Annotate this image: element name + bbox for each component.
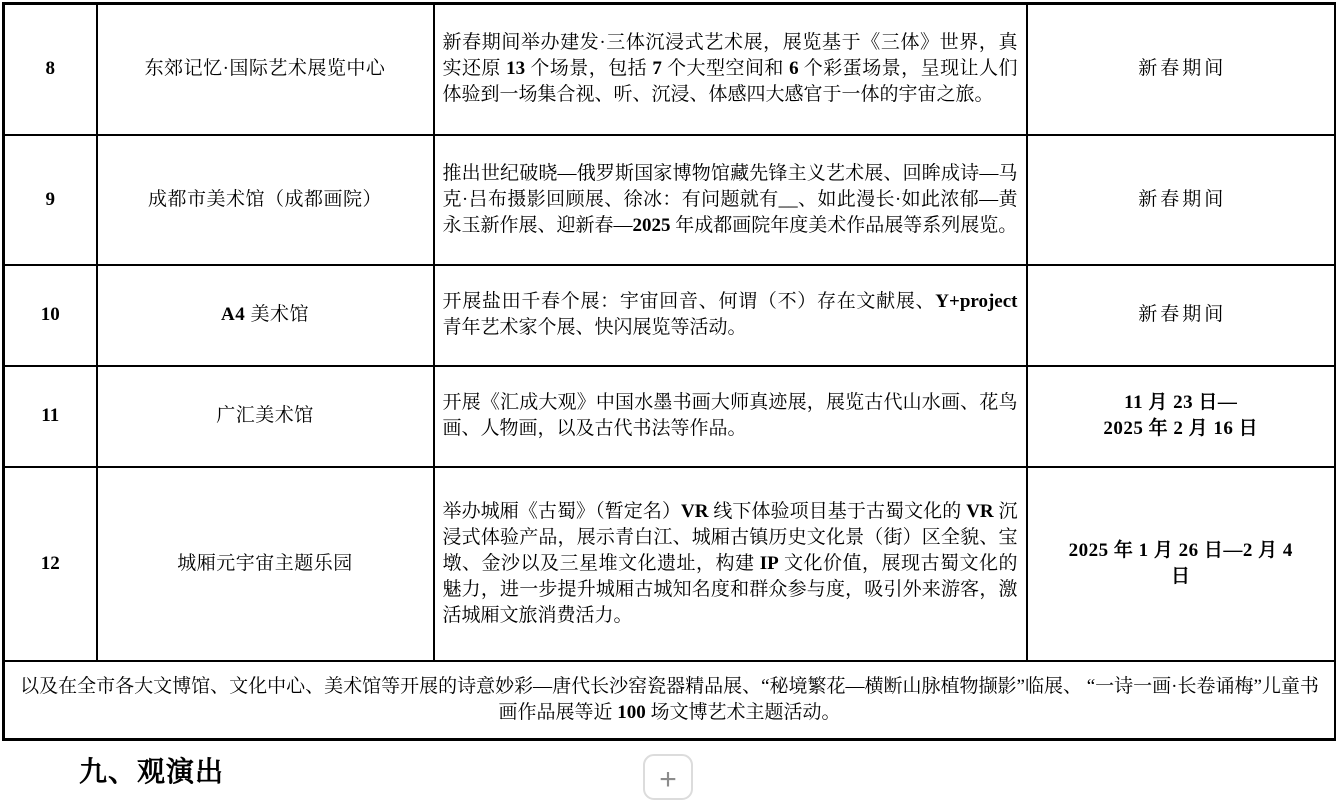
table-row: 8东郊记忆·国际艺术展览中心新春期间举办建发·三体沉浸式艺术展，展览基于《三体》…	[4, 4, 1336, 135]
description-cell: 新春期间举办建发·三体沉浸式艺术展，展览基于《三体》世界，真实还原 13 个场景…	[434, 4, 1027, 135]
plus-icon: +	[645, 765, 691, 794]
bold-text: Y+project	[935, 291, 1017, 312]
text: 场文博艺术主题活动。	[646, 702, 841, 723]
date-cell: 新春期间	[1027, 135, 1336, 265]
bold-text: VR	[966, 501, 993, 522]
description-cell: 推出世纪破晓—俄罗斯国家博物馆藏先锋主义艺术展、回眸成诗—马克·吕布摄影回顾展、…	[434, 135, 1027, 265]
bold-text: 6	[789, 58, 799, 79]
date-cell: 新春期间	[1027, 265, 1336, 366]
document-page: 8东郊记忆·国际艺术展览中心新春期间举办建发·三体沉浸式艺术展，展览基于《三体》…	[2, 2, 1334, 790]
description-cell: 举办城厢《古蜀》（暂定名）VR 线下体验项目基于古蜀文化的 VR 沉浸式体验产品…	[434, 467, 1027, 661]
text: 美术馆	[250, 304, 309, 325]
text: 成都市美术馆（成都画院）	[148, 189, 382, 210]
exhibition-table-body: 8东郊记忆·国际艺术展览中心新春期间举办建发·三体沉浸式艺术展，展览基于《三体》…	[4, 4, 1336, 740]
row-number-cell: 12	[4, 467, 97, 661]
table-row: 10A4 美术馆开展盐田千春个展：宇宙回音、何谓（不）存在文献展、Y+proje…	[4, 265, 1336, 366]
row-number-cell: 10	[4, 265, 97, 366]
bold-text: A4	[221, 304, 250, 325]
description-cell: 开展《汇成大观》中国水墨书画大师真迹展，展览古代山水画、花鸟画、人物画，以及古代…	[434, 366, 1027, 467]
venue-name-cell: 城厢元宇宙主题乐园	[97, 467, 434, 661]
date-cell: 新春期间	[1027, 4, 1336, 135]
table-row: 12城厢元宇宙主题乐园举办城厢《古蜀》（暂定名）VR 线下体验项目基于古蜀文化的…	[4, 467, 1336, 661]
table-row: 9成都市美术馆（成都画院）推出世纪破晓—俄罗斯国家博物馆藏先锋主义艺术展、回眸成…	[4, 135, 1336, 265]
text: 个大型空间和	[662, 58, 789, 79]
exhibition-table: 8东郊记忆·国际艺术展览中心新春期间举办建发·三体沉浸式艺术展，展览基于《三体》…	[2, 2, 1336, 741]
date-line: 新春期间	[1138, 58, 1226, 79]
footer-note-cell: 以及在全市各大文博馆、文化中心、美术馆等开展的诗意妙彩—唐代长沙窑瓷器精品展、“…	[4, 661, 1336, 740]
table-row: 11广汇美术馆开展《汇成大观》中国水墨书画大师真迹展，展览古代山水画、花鸟画、人…	[4, 366, 1336, 467]
bold-text: 13	[506, 58, 525, 79]
bold-text: 2025	[633, 215, 671, 236]
text: 东郊记忆·国际艺术展览中心	[145, 58, 386, 79]
text: 个场景，包括	[525, 58, 652, 79]
add-block-button[interactable]: +	[643, 754, 693, 794]
venue-name-cell: 东郊记忆·国际艺术展览中心	[97, 4, 434, 135]
text: 开展盐田千春个展：宇宙回音、何谓（不）存在文献展、	[443, 291, 936, 312]
date-line: 2025 年 1 月 26 日—2 月 4	[1069, 540, 1293, 561]
description-cell: 开展盐田千春个展：宇宙回音、何谓（不）存在文献展、Y+project 青年艺术家…	[434, 265, 1027, 366]
bold-text: 7	[652, 58, 662, 79]
text: 线下体验项目基于古蜀文化的	[708, 501, 966, 522]
venue-name-cell: 成都市美术馆（成都画院）	[97, 135, 434, 265]
text: 城厢元宇宙主题乐园	[177, 553, 353, 574]
section-heading-performances: 九、观演出	[79, 750, 1334, 790]
table-footer-row: 以及在全市各大文博馆、文化中心、美术馆等开展的诗意妙彩—唐代长沙窑瓷器精品展、“…	[4, 661, 1336, 740]
bold-text: IP	[760, 553, 779, 574]
text: 年成都画院年度美术作品展等系列展览。	[671, 215, 1018, 236]
text: 开展《汇成大观》中国水墨书画大师真迹展，展览古代山水画、花鸟画、人物画，以及古代…	[443, 392, 1018, 439]
date-line: 11 月 23 日—	[1124, 392, 1237, 413]
venue-name-cell: 广汇美术馆	[97, 366, 434, 467]
row-number-cell: 9	[4, 135, 97, 265]
date-line: 新春期间	[1138, 304, 1226, 325]
date-line: 日	[1171, 566, 1191, 587]
text: 青年艺术家个展、快闪展览等活动。	[443, 317, 747, 338]
bold-text: 100	[617, 702, 646, 723]
venue-name-cell: A4 美术馆	[97, 265, 434, 366]
text: 举办城厢《古蜀》（暂定名）	[443, 501, 682, 522]
text: 广汇美术馆	[216, 405, 314, 426]
bold-text: VR	[681, 501, 708, 522]
row-number-cell: 11	[4, 366, 97, 467]
date-cell: 2025 年 1 月 26 日—2 月 4日	[1027, 467, 1336, 661]
date-line: 2025 年 2 月 16 日	[1103, 418, 1258, 439]
date-cell: 11 月 23 日—2025 年 2 月 16 日	[1027, 366, 1336, 467]
row-number-cell: 8	[4, 4, 97, 135]
date-line: 新春期间	[1138, 189, 1226, 210]
